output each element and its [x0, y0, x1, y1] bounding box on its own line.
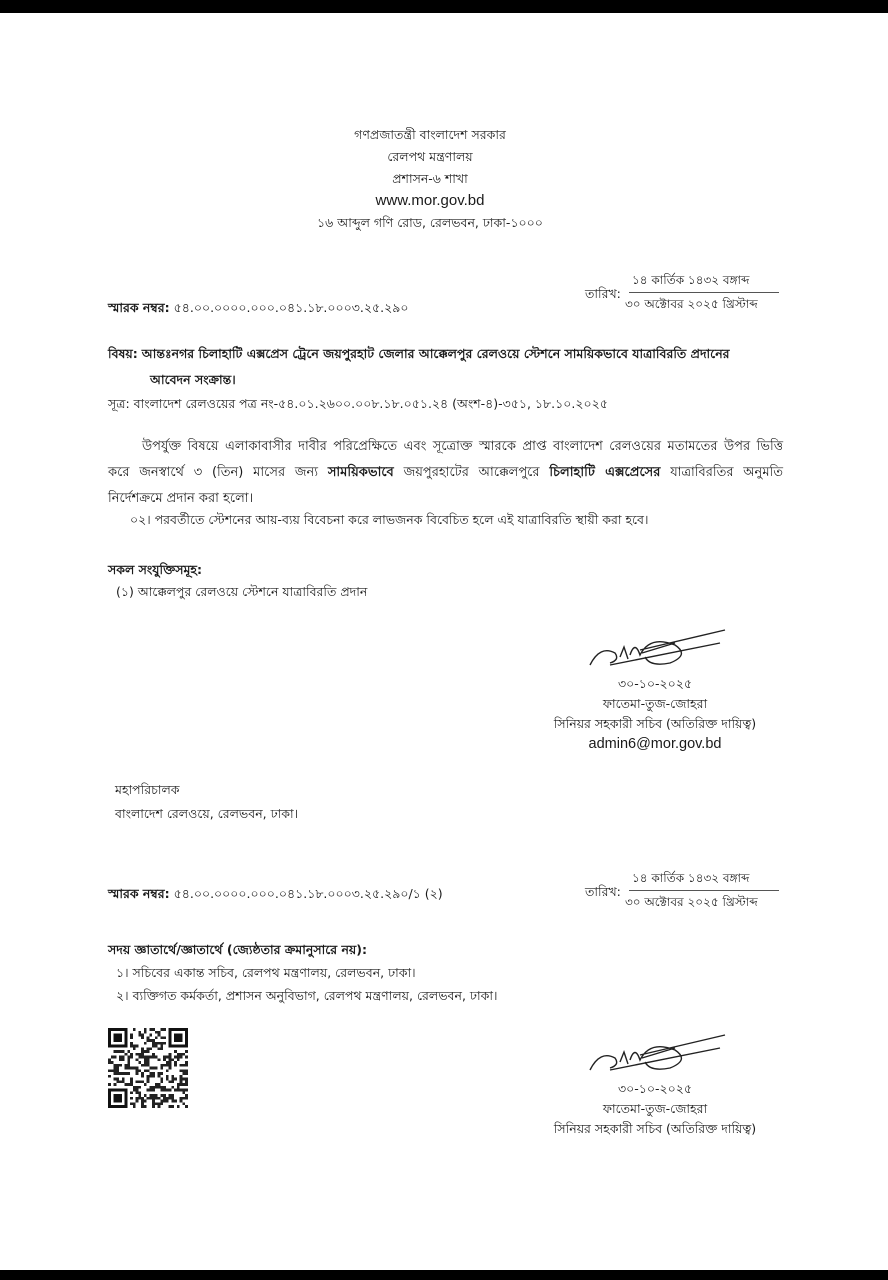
- top-black-bar: [0, 0, 888, 13]
- body-bold-train: চিলাহাটি এক্সপ্রেসের: [549, 465, 660, 480]
- date-bangla: ১৪ কার্তিক ১৪৩২ বঙ্গাব্দ: [632, 870, 749, 890]
- date-gregorian: ৩০ অক্টোবর ২০২৫ খ্রিস্টাব্দ: [625, 296, 758, 316]
- copy-item: ২। ব্যক্তিগত কর্মকর্তা, প্রশাসন অনুবিভাগ…: [116, 988, 497, 1008]
- body-line-1: উপর্যুক্ত বিষয়ে এলাকাবাসীর দাবীর পরিপ্র…: [108, 434, 783, 460]
- bottom-black-bar: [0, 1270, 888, 1280]
- date-block-2: তারিখ: ১৪ কার্তিক ১৪৩২ বঙ্গাব্দ ৩০ অক্টো…: [585, 870, 785, 914]
- attachments-title: সকল সংযুক্তিসমূহ:: [108, 562, 202, 582]
- attachment-item[interactable]: (১) আক্কেলপুর রেলওয়ে স্টেশনে যাত্রাবিরত…: [116, 584, 367, 604]
- letterhead: গণপ্রজাতন্ত্রী বাংলাদেশ সরকার রেলপথ মন্ত…: [270, 124, 590, 234]
- body-text: করে জনস্বার্থে ৩ (তিন) মাসের জন্য: [108, 465, 328, 480]
- memo-label: স্মারক নম্বর:: [108, 886, 170, 901]
- date-block-1: তারিখ: ১৪ কার্তিক ১৪৩২ বঙ্গাব্দ ৩০ অক্টো…: [585, 272, 785, 316]
- body-text: যাত্রাবিরতির অনুমতি: [660, 465, 783, 480]
- memo-value: ৫৪.০০.০০০০.০০০.০৪১.১৮.০০০৩.২৫.২৯০/১ (২): [174, 886, 443, 901]
- date-divider: [629, 292, 779, 293]
- signature-image: [580, 1030, 730, 1075]
- qr-code-icon: [108, 1028, 188, 1108]
- signature-image: [580, 625, 730, 670]
- date-label: তারিখ:: [585, 884, 621, 904]
- memo-number-2: স্মারক নম্বর: ৫৪.০০.০০০০.০০০.০৪১.১৮.০০০৩…: [108, 886, 443, 906]
- subject-line-2: আবেদন সংক্রান্ত।: [150, 372, 236, 392]
- memo-label: স্মারক নম্বর:: [108, 300, 170, 315]
- subject-label: বিষয়:: [108, 346, 138, 361]
- body-line-3: নির্দেশক্রমে প্রদান করা হলো।: [108, 486, 783, 512]
- signature-block-1: ৩০-১০-২০২৫ ফাতেমা-তুজ-জোহরা সিনিয়র সহকা…: [525, 625, 785, 754]
- signatory-designation: সিনিয়র সহকারী সচিব (অতিরিক্ত দায়িত্ব): [525, 1119, 785, 1139]
- date-label: তারিখ:: [585, 286, 621, 306]
- subject-line-1: বিষয়: আন্তঃনগর চিলাহাটি এক্সপ্রেস ট্রেন…: [108, 346, 730, 366]
- date-bangla: ১৪ কার্তিক ১৪৩২ বঙ্গাব্দ: [632, 272, 749, 292]
- office-address: ১৬ আব্দুল গণি রোড, রেলভবন, ঢাকা-১০০০: [270, 212, 590, 234]
- signatory-name: ফাতেমা-তুজ-জোহরা: [525, 694, 785, 714]
- memo-number-1: স্মারক নম্বর: ৫৪.০০.০০০০.০০০.০৪১.১৮.০০০৩…: [108, 300, 408, 320]
- signatory-name: ফাতেমা-তুজ-জোহরা: [525, 1099, 785, 1119]
- ministry-name: রেলপথ মন্ত্রণালয়: [270, 146, 590, 168]
- subject-text: আন্তঃনগর চিলাহাটি এক্সপ্রেস ট্রেনে জয়পু…: [142, 346, 730, 361]
- website-link[interactable]: www.mor.gov.bd: [270, 190, 590, 212]
- reference-line: সূত্র: বাংলাদেশ রেলওয়ের পত্র নং-৫৪.০১.২…: [108, 396, 608, 416]
- memo-value: ৫৪.০০.০০০০.০০০.০৪১.১৮.০০০৩.২৫.২৯০: [174, 300, 409, 315]
- copies-title: সদয় জ্ঞাতার্থে/জ্ঞাতার্থে (জ্যেষ্ঠতার ক…: [108, 942, 367, 962]
- signatory-email[interactable]: admin6@mor.gov.bd: [525, 734, 785, 754]
- copy-item: ১। সচিবের একান্ত সচিব, রেলপথ মন্ত্রণালয়…: [116, 965, 416, 985]
- government-name: গণপ্রজাতন্ত্রী বাংলাদেশ সরকার: [270, 124, 590, 146]
- body-text: জয়পুরহাটের আক্কেলপুরে: [394, 465, 550, 480]
- body-bold-temporary: সাময়িকভাবে: [328, 465, 394, 480]
- signatory-designation: সিনিয়র সহকারী সচিব (অতিরিক্ত দায়িত্ব): [525, 714, 785, 734]
- signature-date: ৩০-১০-২০২৫: [525, 674, 785, 694]
- date-gregorian: ৩০ অক্টোবর ২০২৫ খ্রিস্টাব্দ: [625, 894, 758, 914]
- signature-date: ৩০-১০-২০২৫: [525, 1079, 785, 1099]
- body-paragraph-2: ০২। পরবর্তীতে স্টেশনের আয়-ব্যয় বিবেচনা…: [130, 512, 649, 532]
- branch-name: প্রশাসন-৬ শাখা: [270, 168, 590, 190]
- body-line-2: করে জনস্বার্থে ৩ (তিন) মাসের জন্য সাময়ি…: [108, 460, 783, 486]
- signature-block-2: ৩০-১০-২০২৫ ফাতেমা-তুজ-জোহরা সিনিয়র সহকা…: [525, 1030, 785, 1139]
- recipient-title: মহাপরিচালক: [115, 782, 180, 802]
- body-paragraph-1: উপর্যুক্ত বিষয়ে এলাকাবাসীর দাবীর পরিপ্র…: [108, 434, 783, 512]
- date-divider: [629, 890, 779, 891]
- recipient-address: বাংলাদেশ রেলওয়ে, রেলভবন, ঢাকা।: [115, 806, 298, 826]
